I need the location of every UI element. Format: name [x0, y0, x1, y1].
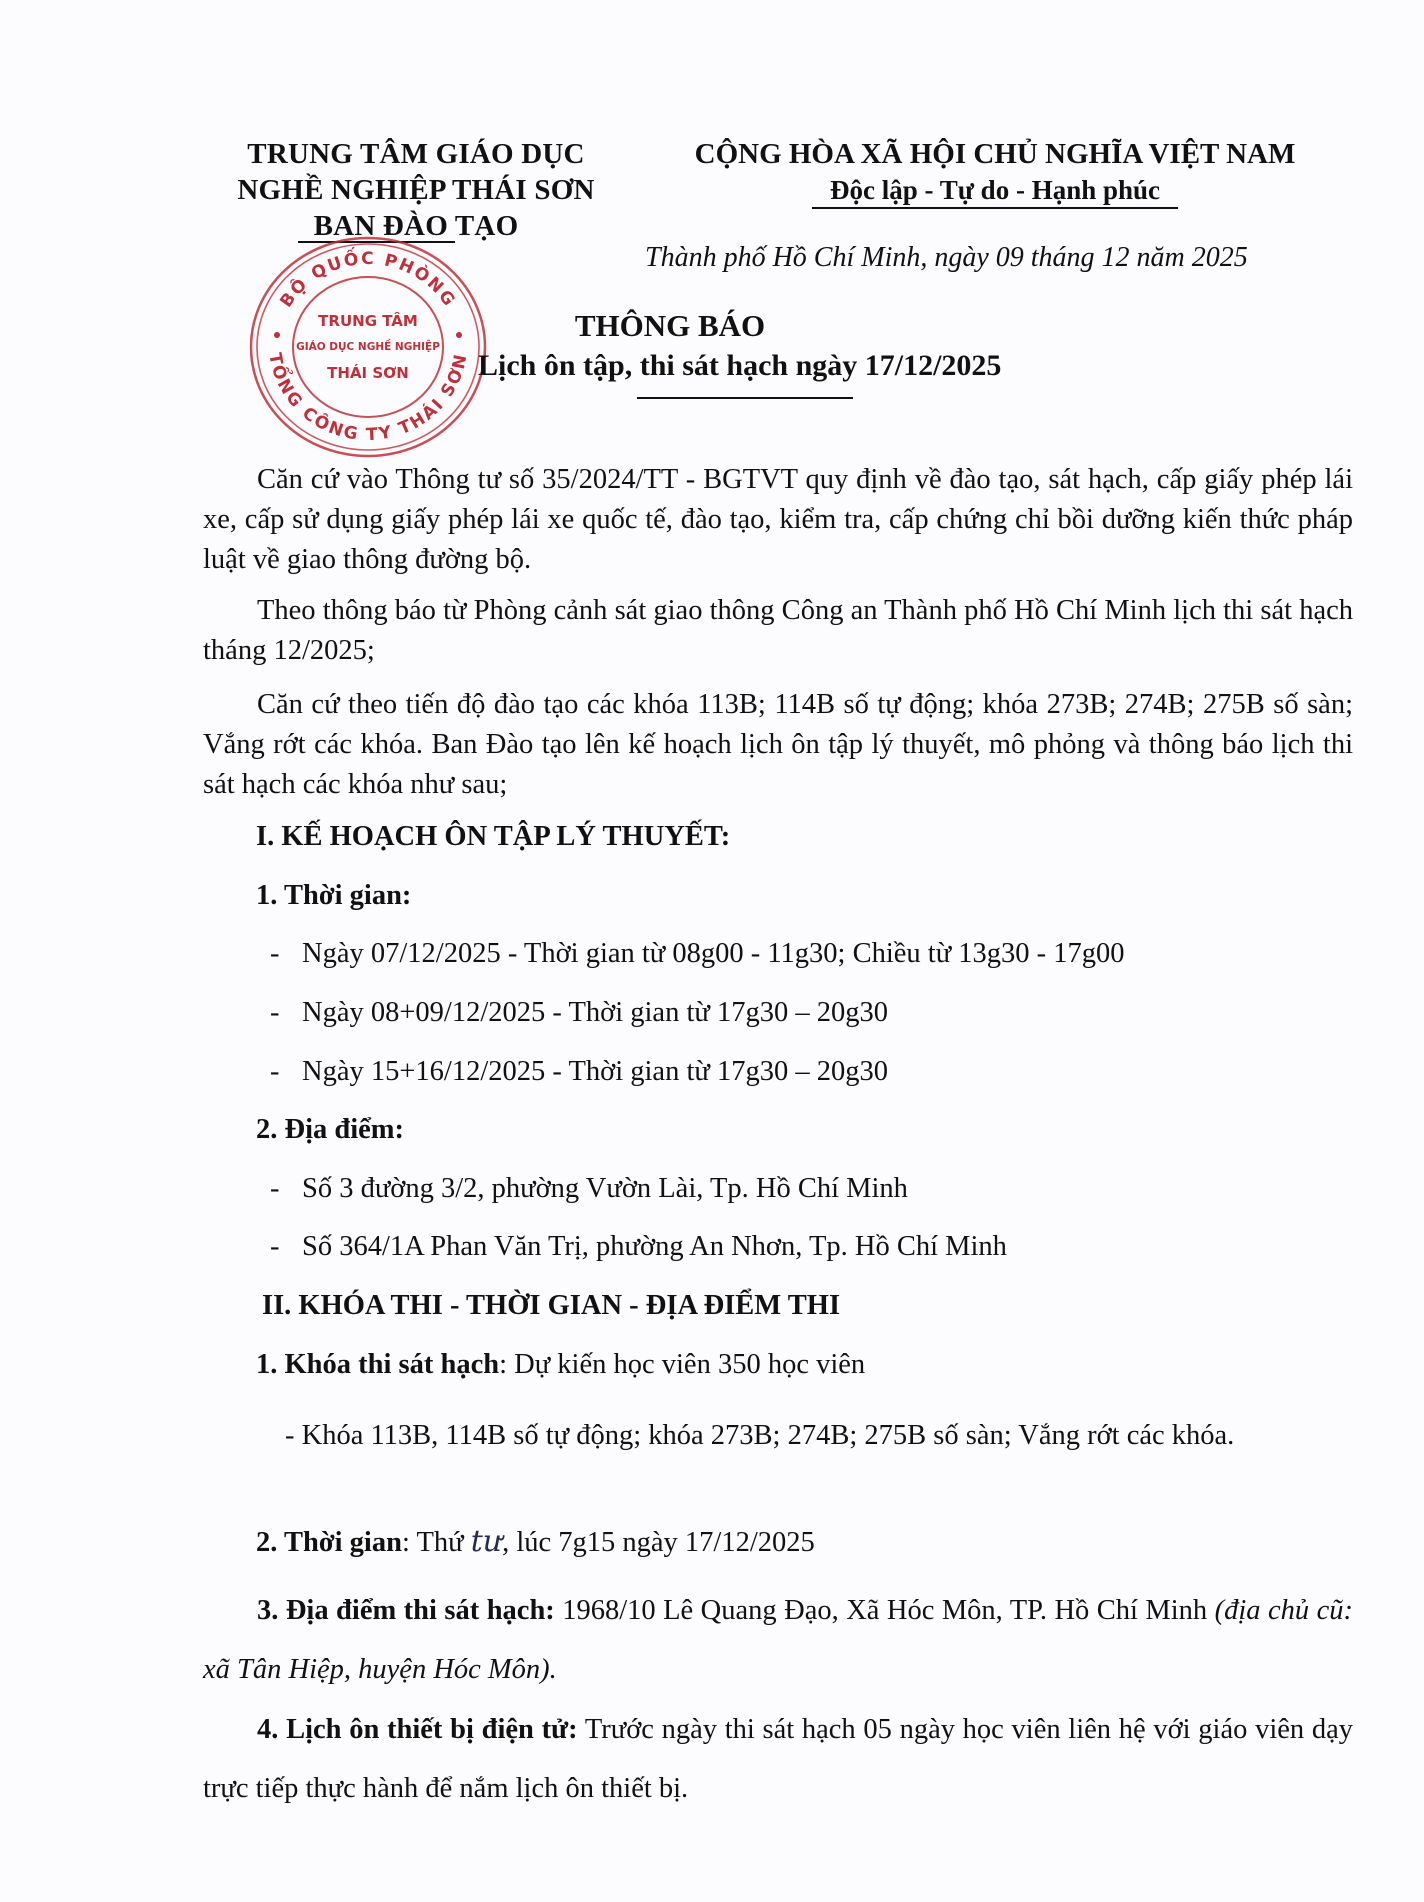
exam-location-label: 3. Địa điểm thi sát hạch:	[257, 1595, 555, 1626]
motto-underline	[812, 207, 1178, 209]
intro-paragraph-2: Theo thông báo từ Phòng cảnh sát giao th…	[203, 591, 1353, 671]
exam-course-line: 1. Khóa thi sát hạch: Dự kiến học viên 3…	[256, 1349, 865, 1381]
bullet-dash: -	[270, 997, 302, 1029]
document-subtitle: Lịch ôn tập, thi sát hạch ngày 17/12/202…	[478, 349, 1001, 383]
intro-section-2: Theo thông báo từ Phòng cảnh sát giao th…	[203, 591, 1353, 671]
svg-text:THÁI SƠN: THÁI SƠN	[327, 363, 409, 382]
intro-paragraph-3: Căn cứ theo tiến độ đào tạo các khóa 113…	[203, 685, 1353, 805]
official-seal-icon: BỘ QUỐC PHÒNG TỔNG CÔNG TY THÁI SƠN TRUN…	[247, 234, 489, 460]
nation-name: CỘNG HÒA XÃ HỘI CHỦ NGHĨA VIỆT NAM	[650, 136, 1340, 172]
exam-course-text: : Dự kiến học viên 350 học viên	[499, 1349, 865, 1380]
bullet-dash: -	[270, 1056, 302, 1088]
location-item-1: -Số 3 đường 3/2, phường Vườn Lài, Tp. Hồ…	[270, 1173, 908, 1205]
device-review-block: 4. Lịch ôn thiết bị điện tử: Trước ngày …	[203, 1700, 1353, 1818]
exam-time-line: 2. Thời gian: Thứ tư, lúc 7g15 ngày 17/1…	[256, 1524, 815, 1559]
intro-paragraph-1: Căn cứ vào Thông tư số 35/2024/TT - BGTV…	[203, 460, 1353, 580]
location-heading: 2. Địa điểm:	[256, 1114, 404, 1146]
handwritten-weekday: tư	[471, 1524, 502, 1559]
document-title: THÔNG BÁO	[0, 308, 1340, 344]
org-line-1: TRUNG TÂM GIÁO DỤC	[196, 136, 636, 172]
document-page: TRUNG TÂM GIÁO DỤC NGHỀ NGHIỆP THÁI SƠN …	[0, 0, 1424, 1902]
title-underline	[637, 397, 853, 399]
exam-course-label: 1. Khóa thi sát hạch	[256, 1349, 499, 1380]
intro-section: Căn cứ vào Thông tư số 35/2024/TT - BGTV…	[203, 460, 1353, 580]
exam-location-block: 3. Địa điểm thi sát hạch: 1968/10 Lê Qua…	[203, 1581, 1353, 1699]
section-1-heading: I. KẾ HOẠCH ÔN TẬP LÝ THUYẾT:	[256, 821, 730, 853]
exam-course-detail-block: - Khóa 113B, 114B số tự động; khóa 273B;…	[203, 1406, 1353, 1466]
exam-time-label: 2. Thời gian	[256, 1527, 402, 1558]
section-2-heading: II. KHÓA THI - THỜI GIAN - ĐỊA ĐIỂM THI	[262, 1290, 840, 1322]
org-line-2: NGHỀ NGHIỆP THÁI SƠN	[196, 172, 636, 208]
bullet-dash: -	[270, 938, 302, 970]
exam-location-address: 1968/10 Lê Quang Đạo, Xã Hóc Môn, TP. Hồ…	[555, 1595, 1215, 1626]
bullet-dash: -	[270, 1173, 302, 1205]
national-motto: Độc lập - Tự do - Hạnh phúc	[650, 172, 1340, 208]
organization-header: TRUNG TÂM GIÁO DỤC NGHỀ NGHIỆP THÁI SƠN …	[196, 136, 636, 244]
device-review-label: 4. Lịch ôn thiết bị điện tử:	[257, 1714, 578, 1745]
exam-course-detail: - Khóa 113B, 114B số tự động; khóa 273B;…	[203, 1406, 1353, 1466]
intro-section-3: Căn cứ theo tiến độ đào tạo các khóa 113…	[203, 685, 1353, 805]
place-date: Thành phố Hồ Chí Minh, ngày 09 tháng 12 …	[645, 242, 1248, 274]
device-review: 4. Lịch ôn thiết bị điện tử: Trước ngày …	[203, 1700, 1353, 1818]
exam-location: 3. Địa điểm thi sát hạch: 1968/10 Lê Qua…	[203, 1581, 1353, 1699]
bullet-dash: -	[270, 1231, 302, 1263]
time-item-3: -Ngày 15+16/12/2025 - Thời gian từ 17g30…	[270, 1056, 888, 1088]
location-item-2: -Số 364/1A Phan Văn Trị, phường An Nhơn,…	[270, 1231, 1007, 1263]
time-item-2: -Ngày 08+09/12/2025 - Thời gian từ 17g30…	[270, 997, 888, 1029]
time-heading: 1. Thời gian:	[256, 880, 411, 912]
nation-header: CỘNG HÒA XÃ HỘI CHỦ NGHĨA VIỆT NAM Độc l…	[650, 136, 1340, 208]
time-item-1: -Ngày 07/12/2025 - Thời gian từ 08g00 - …	[270, 938, 1125, 970]
